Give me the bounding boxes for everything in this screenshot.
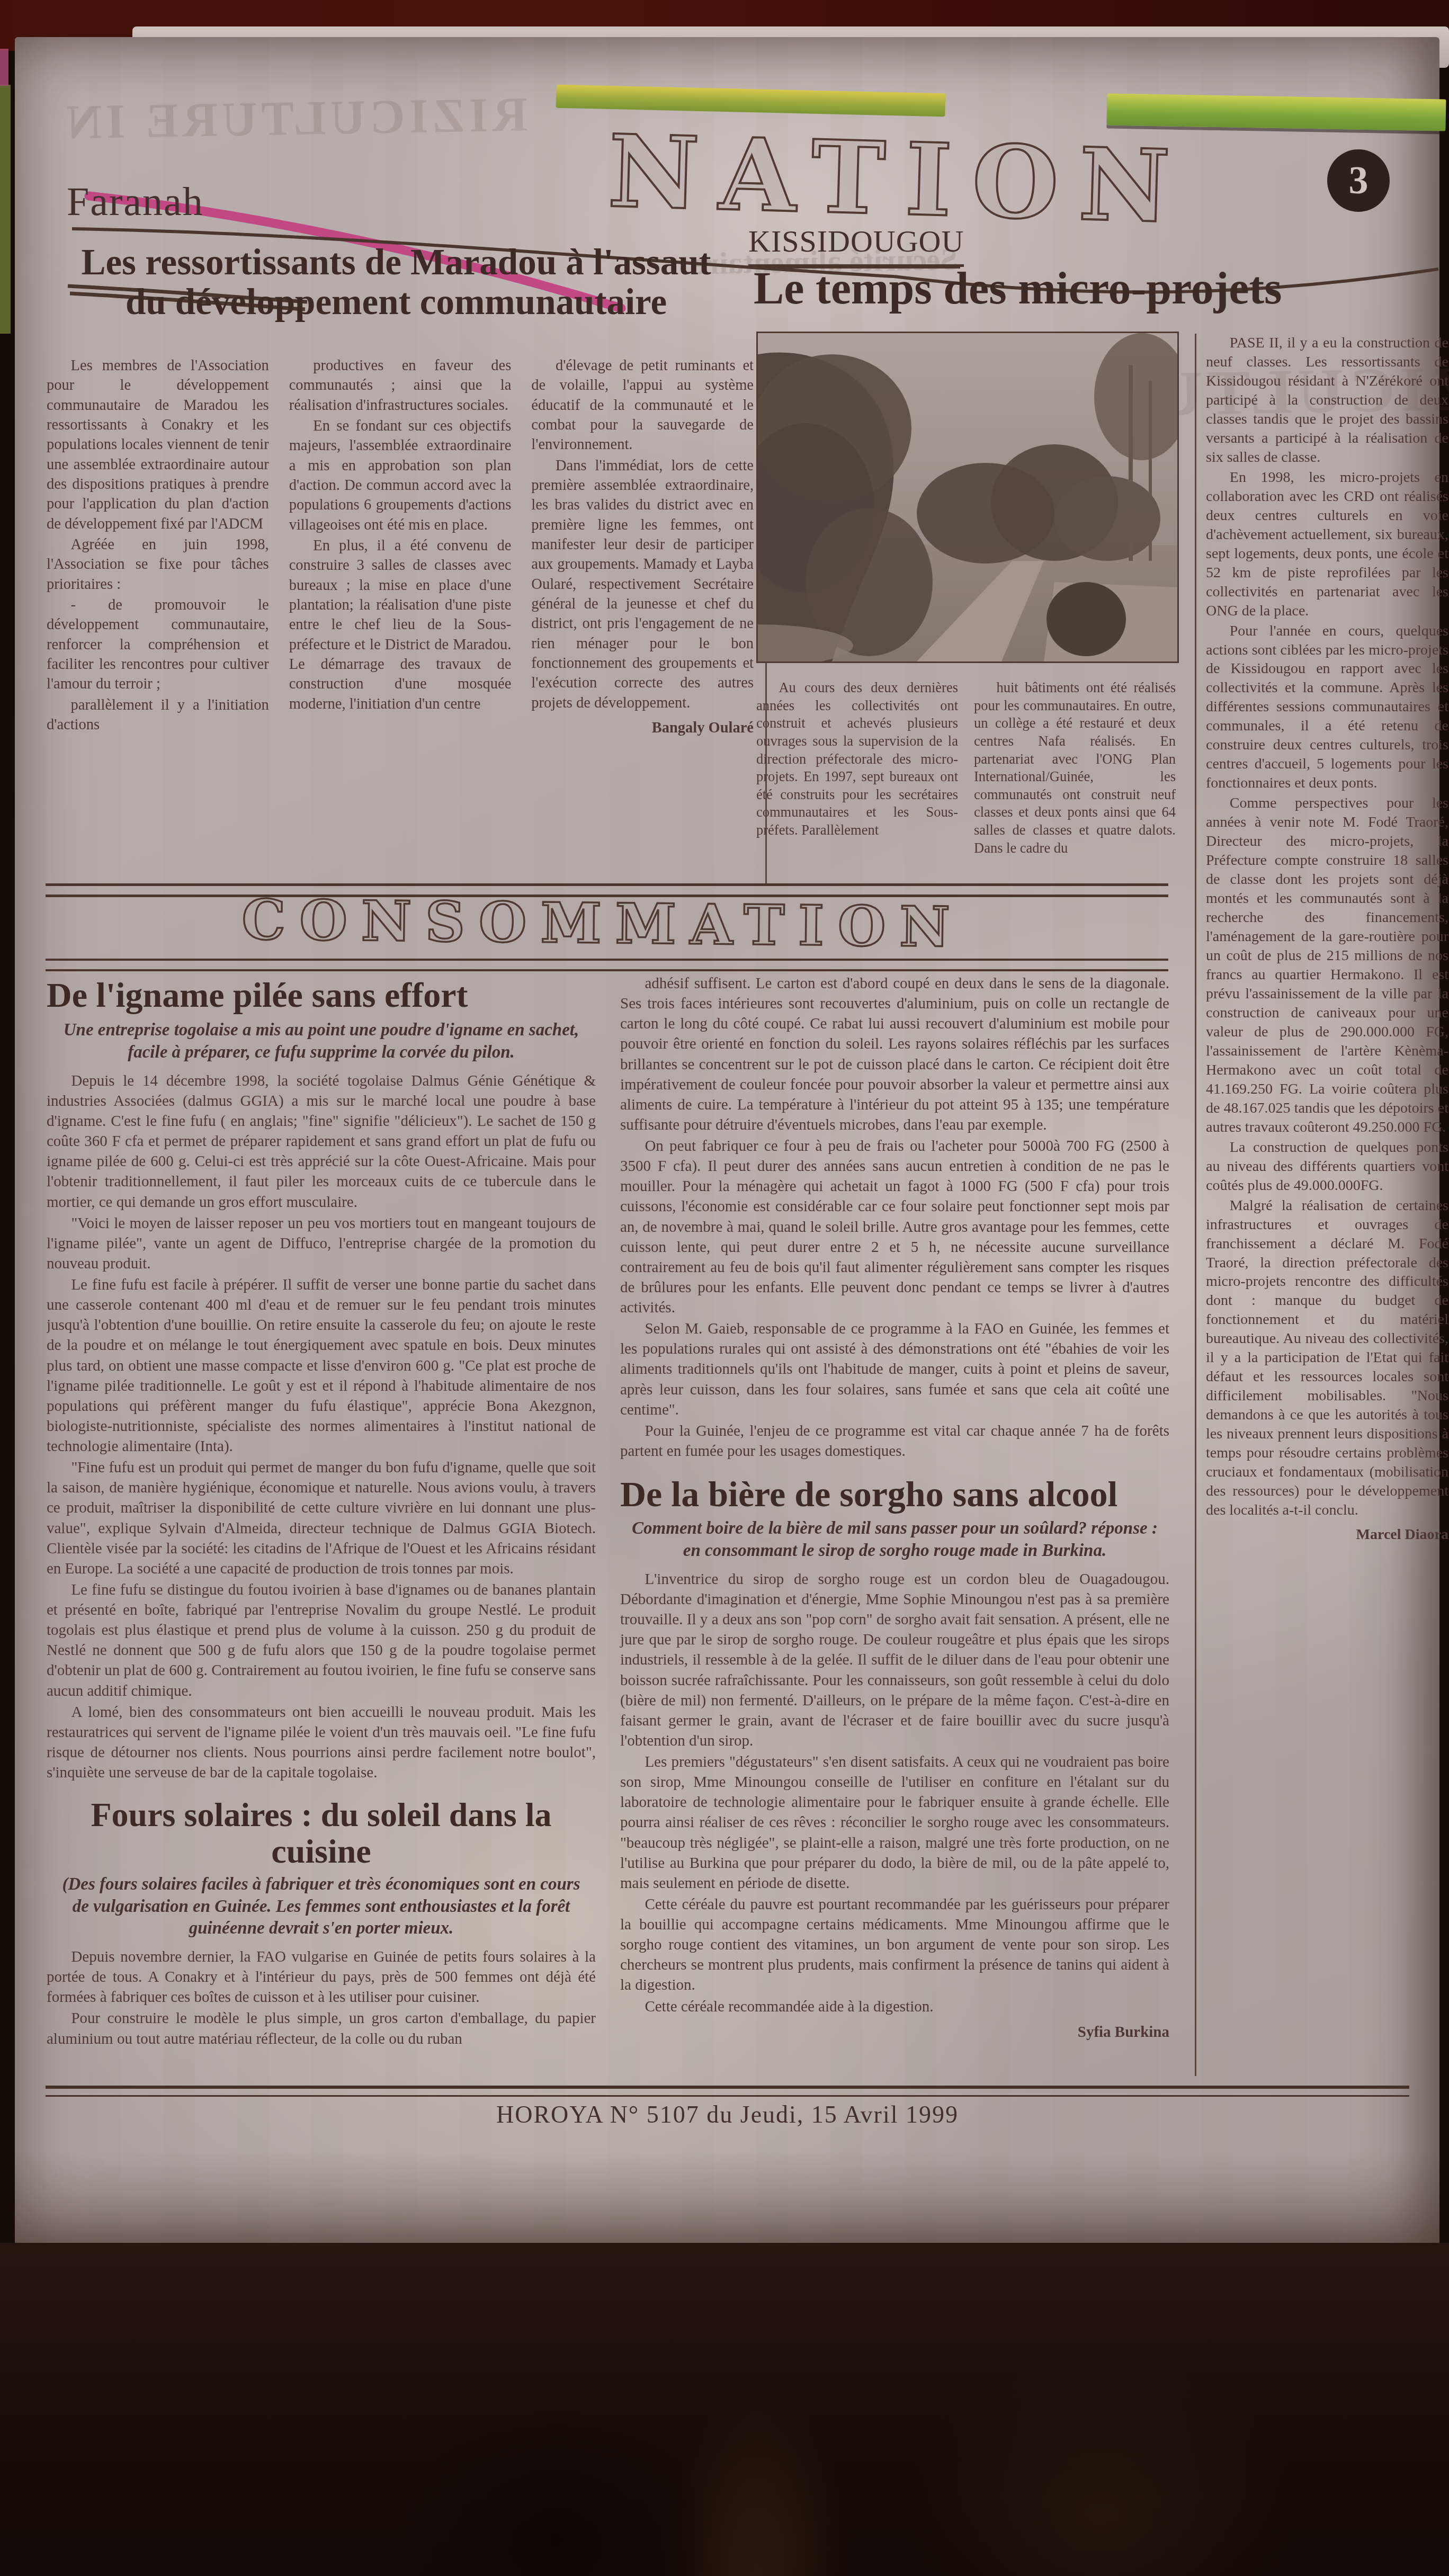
paragraph: En 1998, les micro-projets en collaborat… [1206,468,1448,621]
paragraph: Pour construire le modèle le plus simple… [47,2008,596,2049]
paragraph: Le fine fufu est facile à prépérer. Il s… [47,1275,596,1456]
kissidougou-headline: Le temps des micro-projets [754,264,1442,313]
paragraph: Cette céréale recommandée aide à la dige… [620,1997,1169,2017]
paragraph: En plus, il a été convenu de construire … [289,536,512,714]
paragraph: Agréée en juin 1998, l'Association se fi… [47,535,269,594]
left-article-col1: Les membres de l'Association pour le dév… [47,356,269,885]
left-article-body: Les membres de l'Association pour le dév… [47,356,767,885]
paragraph: Comme perspectives pour les années à ven… [1206,794,1448,1137]
paragraph: Selon M. Gaieb, responsable de ce progra… [620,1319,1169,1420]
section-divider [46,959,1168,971]
fours-headline: Fours solaires : du soleil dans la cuisi… [47,1796,596,1870]
newspaper-page: RIZICULTURE IN Sécurité alimentaire RIZI… [15,37,1439,2248]
paragraph: A lomé, bien des consommateurs ont bien … [47,1702,596,1783]
kicker-kissidougou: KISSIDOUGOU [748,223,964,267]
article-photo [756,332,1179,663]
paragraph: Depuis novembre dernier, la FAO vulgaris… [47,1947,596,2007]
table-background-bottom [0,2243,1449,2576]
paragraph: L'inventrice du sirop de sorgho rouge es… [620,1569,1169,1751]
left-article-col3: d'élevage de petit ruminants et de volai… [531,356,754,885]
byline: Syfia Burkina [620,2022,1169,2042]
paragraph: Dans l'immédiat, lors de cette première … [531,456,754,713]
paragraph: En se fondant sur ces objectifs majeurs,… [289,416,512,535]
paragraph: On peut fabriquer ce four à peu de frais… [620,1136,1169,1318]
page-edge-green [0,85,11,334]
consommation-col1: De l'igname pilée sans effort Une entrep… [47,973,596,2078]
paragraph: "Fine fufu est un produit qui permet de … [47,1457,596,1579]
kissidougou-body: Au cours des deux dernières années les c… [756,679,1176,906]
newspaper-photo-scene: RIZICULTURE IN Sécurité alimentaire RIZI… [0,0,1449,2576]
paragraph: - de promouvoir le développement communa… [47,595,269,694]
kissidougou-rail-column: PASE II, il y a eu la construction de ne… [1195,334,1448,2076]
left-article-headline: Les ressortissants de Maradou à l'assaut… [44,243,748,321]
page-edge-pink [0,49,8,86]
paragraph: Malgré la réalisation de certaines infra… [1206,1196,1448,1520]
section-banner-consommation: CONSOMMATION [152,886,1053,961]
footer-rule [46,2086,1409,2097]
byline: Bangaly Oularé [531,718,754,738]
paragraph: productives en faveur des communautés ; … [289,356,512,415]
paragraph: "Voici le moyen de laisser reposer un pe… [47,1213,596,1274]
footer-imprint: HOROYA N° 5107 du Jeudi, 15 Avril 1999 [46,2100,1409,2128]
byline: Marcel Diaora [1206,1525,1448,1544]
igname-deck: Une entreprise togolaise a mis au point … [52,1019,591,1063]
biere-deck: Comment boire de la bière de mil sans pa… [625,1518,1164,1562]
page-number-badge: 3 [1327,149,1390,212]
paragraph: Au cours des deux dernières années les c… [756,679,958,839]
headline-line: Les ressortissants de Maradou à l'assaut [44,243,748,282]
paragraph: Le fine fufu se distingue du foutou ivoi… [47,1580,596,1701]
paragraph: Depuis le 14 décembre 1998, la société t… [47,1071,596,1212]
photo-trees-road [758,333,1177,661]
paragraph: Pour la Guinée, l'enjeu de ce programme … [620,1421,1169,1461]
paragraph: La construction de quelques ponts au niv… [1206,1138,1448,1195]
paragraph: parallèlement il y a l'initiation d'acti… [47,695,269,735]
paragraph: adhésif suffisent. Le carton est d'abord… [620,973,1169,1135]
paragraph: Pour l'année en cours, quelques actions … [1206,622,1448,793]
paragraph: Cette céréale du pauvre est pourtant rec… [620,1894,1169,1996]
paragraph: PASE II, il y a eu la construction de ne… [1206,334,1448,467]
left-article-col2: productives en faveur des communautés ; … [289,356,512,885]
paragraph: huit bâtiments ont été réalisés pour les… [974,679,1176,857]
kissidougou-col2: huit bâtiments ont été réalisés pour les… [974,679,1176,906]
headline-line: du développement communautaire [44,282,748,322]
kissidougou-col1: Au cours des deux dernières années les c… [756,679,958,906]
paragraph: d'élevage de petit ruminants et de volai… [531,356,754,455]
bleedthrough-text: RIZICULTURE IN [62,86,528,150]
consommation-body: De l'igname pilée sans effort Une entrep… [47,973,1169,2078]
consommation-col2: adhésif suffisent. Le carton est d'abord… [620,973,1169,2078]
paragraph: Les membres de l'Association pour le dév… [47,356,269,534]
section-label-faranah: Faranah [67,179,204,225]
paragraph: Les premiers "dégustateurs" s'en disent … [620,1752,1169,1893]
igname-headline: De l'igname pilée sans effort [47,977,596,1014]
biere-headline: De la bière de sorgho sans alcool [620,1475,1169,1514]
paper-shadow [15,2150,1439,2248]
fours-deck: (Des fours solaires faciles à fabriquer … [52,1874,591,1939]
